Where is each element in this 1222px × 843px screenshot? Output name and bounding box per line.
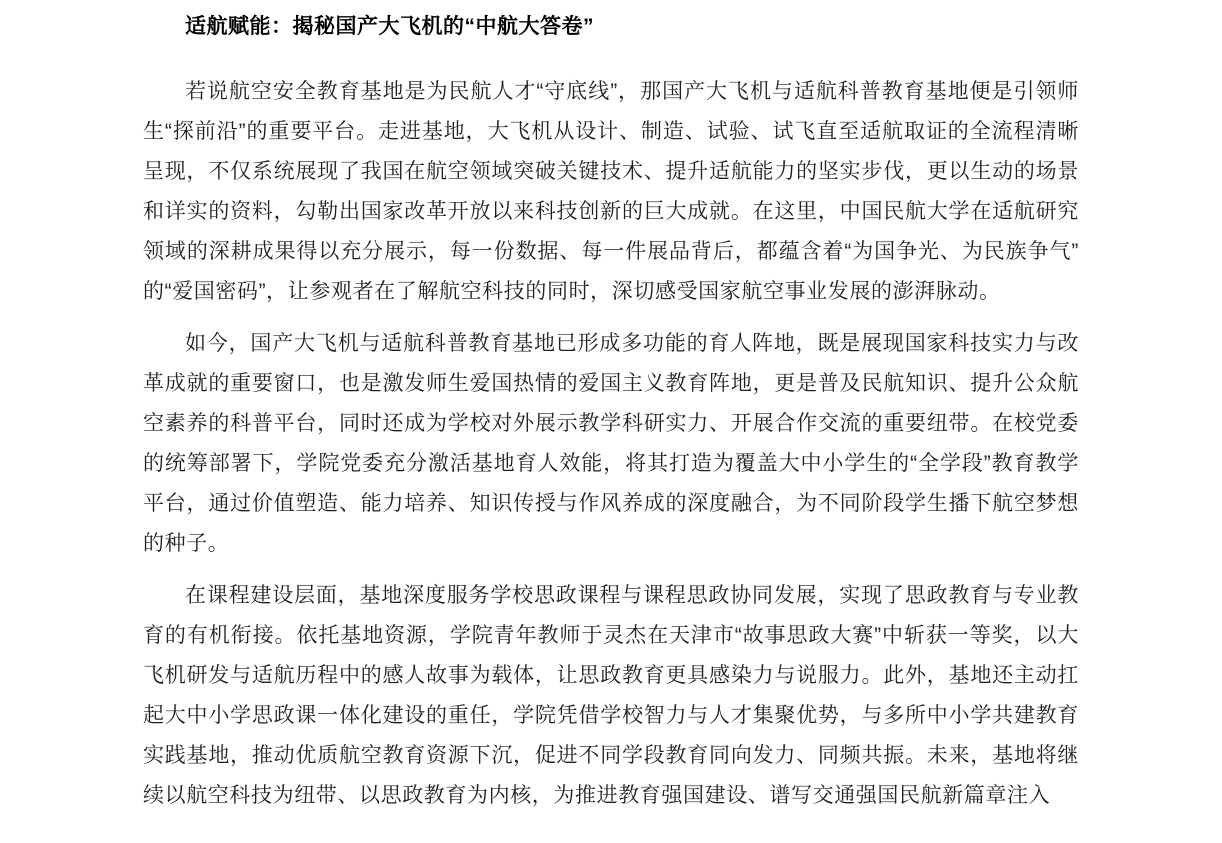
- paragraph-2: 如今，国产大飞机与适航科普教育基地已形成多功能的育人阵地，既是展现国家科技实力与…: [143, 324, 1079, 564]
- document-viewport: 适航赋能：揭秘国产大飞机的“中航大答卷” 若说航空安全教育基地是为民航人才“守底…: [0, 0, 1222, 843]
- document-page: 适航赋能：揭秘国产大飞机的“中航大答卷” 若说航空安全教育基地是为民航人才“守底…: [143, 12, 1079, 828]
- document-title: 适航赋能：揭秘国产大飞机的“中航大答卷”: [143, 12, 1079, 42]
- paragraph-1: 若说航空安全教育基地是为民航人才“守底线”，那国产大飞机与适航科普教育基地便是引…: [143, 72, 1079, 312]
- paragraph-3: 在课程建设层面，基地深度服务学校思政课程与课程思政协同发展，实现了思政教育与专业…: [143, 576, 1079, 816]
